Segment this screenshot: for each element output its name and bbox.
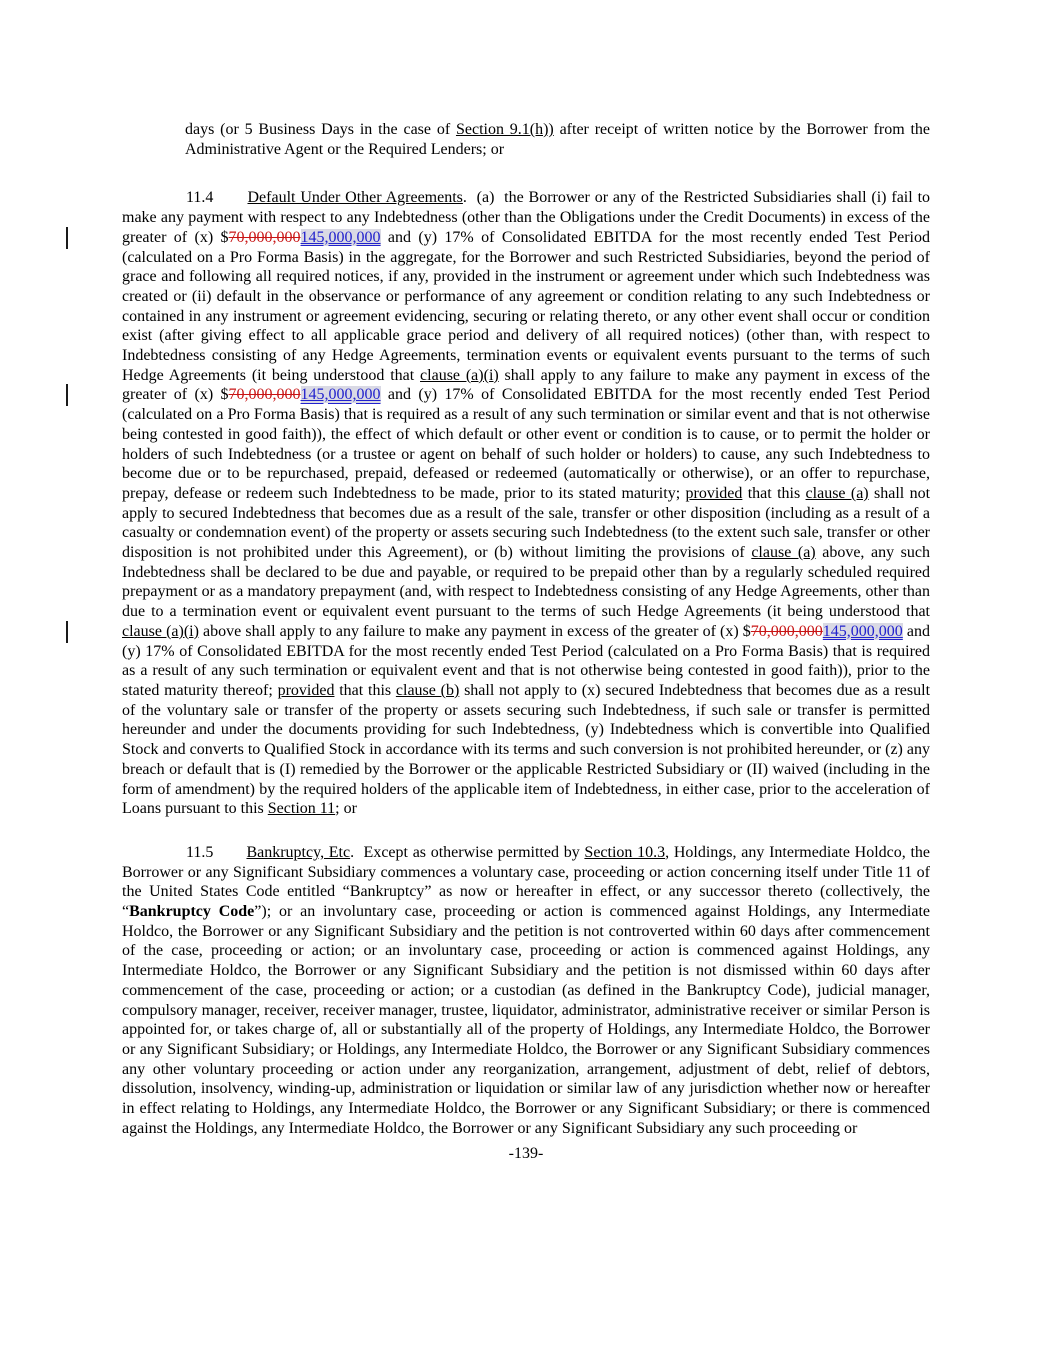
text-run: 11.4 [186,189,247,206]
continuation-clause: days (or 5 Business Days in the case of … [185,120,930,159]
underlined-text: provided [278,682,335,699]
text-run: shall not apply to (x) secured Indebtedn… [122,682,930,817]
document-page: days (or 5 Business Days in the case of … [0,0,1055,1365]
underlined-text: clause (a)(i) [420,367,499,384]
text-run: 11.5 [186,844,246,861]
bold-text: Bankruptcy Code [129,903,254,920]
underlined-text: Section 10.3 [584,844,665,861]
deleted-text-redline: 70,000,000 [229,386,301,403]
underlined-text: clause (a)(i) [122,623,199,640]
underlined-text: Section 9.1(h)) [456,121,554,138]
text-run: days (or 5 Business Days in the case of [185,121,456,138]
change-bar [66,227,68,249]
deleted-text-redline: 70,000,000 [751,623,823,640]
inserted-text-redline: 145,000,000 [823,623,903,640]
inserted-text-redline: 145,000,000 [301,386,381,403]
change-bar [66,621,68,643]
underlined-text: provided [686,485,743,502]
deleted-text-redline: 70,000,000 [229,229,301,246]
text-block: days (or 5 Business Days in the case of … [122,120,930,1164]
inserted-text-redline: 145,000,000 [301,229,381,246]
text-run: that this [334,682,395,699]
text-run: above shall apply to any failure to make… [199,623,751,640]
underlined-text: clause (b) [396,682,459,699]
text-run: . Except as otherwise permitted by [350,844,584,861]
underlined-text: clause (a) [751,544,815,561]
page-number: -139- [122,1144,930,1164]
underlined-text: clause (a) [806,485,869,502]
section-11-4-paragraph: 11.4 Default Under Other Agreements. (a)… [122,188,930,819]
text-run: and (y) 17% of Consolidated EBITDA for t… [122,229,930,384]
section-11-5-paragraph: 11.5 Bankruptcy, Etc. Except as otherwis… [122,843,930,1139]
text-run: that this [742,485,805,502]
underlined-text: Default Under Other Agreements [247,189,462,206]
underlined-text: Bankruptcy, Etc [246,844,350,861]
change-bar [66,384,68,406]
underlined-text: Section 11 [268,800,335,817]
text-run: ”); or an involuntary case, proceeding o… [122,903,930,1137]
text-run: ; or [335,800,357,817]
